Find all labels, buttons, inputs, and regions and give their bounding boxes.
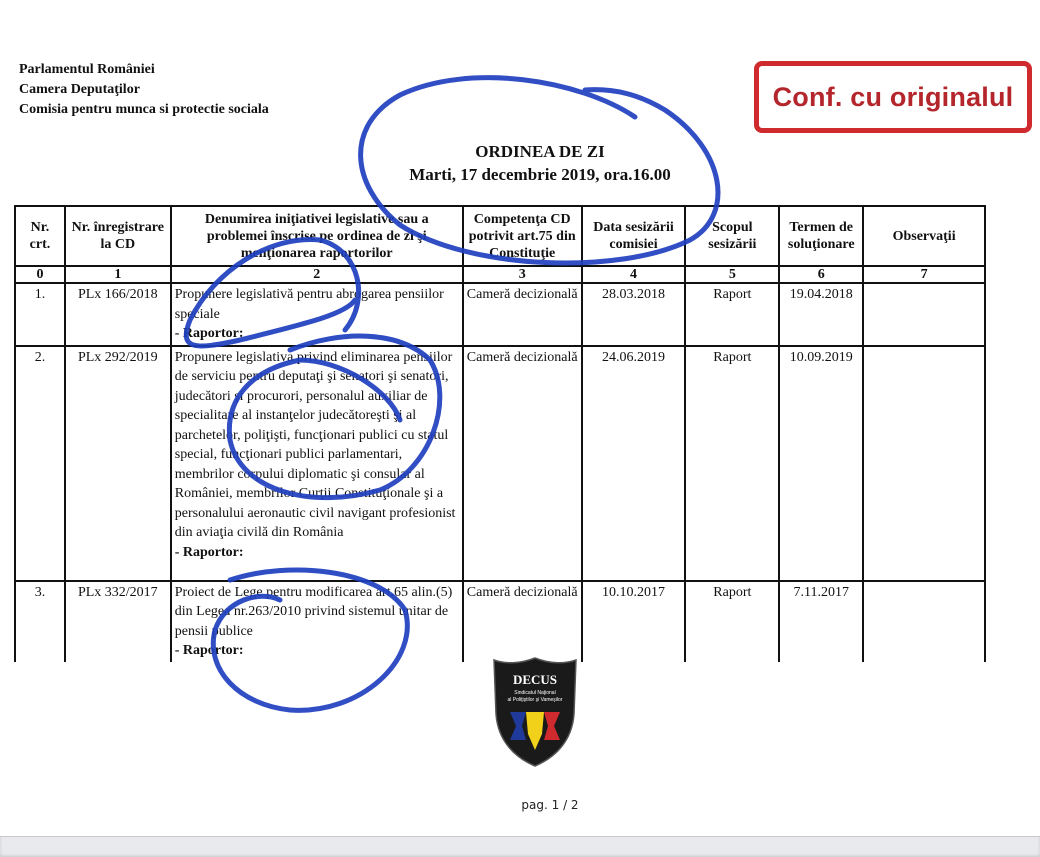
- column-index: 4: [582, 266, 686, 283]
- org-line-committee: Comisia pentru munca si protectie social…: [19, 100, 269, 120]
- header-deadline: Termen de soluţionare: [779, 206, 863, 266]
- cell-competence: Cameră decizională: [463, 581, 582, 662]
- cell-notes: [863, 346, 985, 581]
- initiative-title: Propunere legislativă pentru abrogarea p…: [175, 287, 444, 322]
- cell-registration: PLx 166/2018: [65, 283, 171, 346]
- cell-purpose: Raport: [685, 581, 779, 662]
- document-page: Parlamentul României Camera Deputaţilor …: [0, 0, 1040, 836]
- header-competence: Competenţa CD potrivit art.75 din Consti…: [463, 206, 582, 266]
- cell-title: Propunere legislativa privind eliminarea…: [171, 346, 463, 581]
- header-purpose: Scopul sesizării: [685, 206, 779, 266]
- header-referral-date: Data sesizării comisiei: [582, 206, 686, 266]
- table-row: 2. PLx 292/2019 Propunere legislativa pr…: [15, 346, 985, 581]
- column-index: 5: [685, 266, 779, 283]
- cell-nr: 2.: [15, 346, 65, 581]
- cell-referral-date: 24.06.2019: [582, 346, 686, 581]
- rapporteur-label: - Raportor:: [175, 326, 244, 341]
- rapporteur-label: - Raportor:: [175, 545, 244, 560]
- organization-header: Parlamentul României Camera Deputaţilor …: [19, 60, 269, 120]
- cell-deadline: 10.09.2019: [779, 346, 863, 581]
- cell-nr: 1.: [15, 283, 65, 346]
- cell-competence: Cameră decizională: [463, 283, 582, 346]
- cell-notes: [863, 283, 985, 346]
- table-row: 1. PLx 166/2018 Propunere legislativă pe…: [15, 283, 985, 346]
- org-line-chamber: Camera Deputaţilor: [19, 80, 269, 100]
- column-index: 7: [863, 266, 985, 283]
- header-notes: Observaţii: [863, 206, 985, 266]
- column-index-row: 0 1 2 3 4 5 6 7: [15, 266, 985, 283]
- cell-deadline: 7.11.2017: [779, 581, 863, 662]
- rapporteur-label: - Raportor:: [175, 643, 244, 658]
- document-title: ORDINEA DE ZI: [340, 142, 740, 162]
- header-registration: Nr. înregistrare la CD: [65, 206, 171, 266]
- table-row: 3. PLx 332/2017 Proiect de Lege pentru m…: [15, 581, 985, 662]
- column-index: 0: [15, 266, 65, 283]
- cell-title: Proiect de Lege pentru modificarea art.6…: [171, 581, 463, 662]
- header-nr-crt: Nr. crt.: [15, 206, 65, 266]
- logo-subtitle-line: Sindicatul Naţional: [490, 690, 580, 697]
- document-date: Marti, 17 decembrie 2019, ora.16.00: [340, 165, 740, 185]
- cell-notes: [863, 581, 985, 662]
- header-title: Denumirea iniţiativei legislative sau a …: [171, 206, 463, 266]
- logo-subtitle-line: al Poliţiştilor şi Vameşilor: [490, 697, 580, 704]
- table-header-row: Nr. crt. Nr. înregistrare la CD Denumire…: [15, 206, 985, 266]
- initiative-title: Proiect de Lege pentru modificarea art.6…: [175, 585, 453, 639]
- page-number: pag. 1 / 2: [480, 798, 620, 812]
- cell-registration: PLx 292/2019: [65, 346, 171, 581]
- initiative-title: Propunere legislativa privind eliminarea…: [175, 350, 456, 541]
- viewer-bottom-bar: [0, 836, 1040, 857]
- column-index: 6: [779, 266, 863, 283]
- column-index: 1: [65, 266, 171, 283]
- cell-referral-date: 28.03.2018: [582, 283, 686, 346]
- cell-title: Propunere legislativă pentru abrogarea p…: [171, 283, 463, 346]
- cell-purpose: Raport: [685, 283, 779, 346]
- cell-registration: PLx 332/2017: [65, 581, 171, 662]
- cell-purpose: Raport: [685, 346, 779, 581]
- agenda-table: Nr. crt. Nr. înregistrare la CD Denumire…: [14, 205, 986, 662]
- logo-name: DECUS: [490, 672, 580, 688]
- cell-referral-date: 10.10.2017: [582, 581, 686, 662]
- column-index: 3: [463, 266, 582, 283]
- decus-logo: DECUS Sindicatul Naţional al Poliţiştilo…: [490, 654, 580, 770]
- conformity-stamp: Conf. cu originalul: [754, 61, 1032, 133]
- logo-subtitle: Sindicatul Naţional al Poliţiştilor şi V…: [490, 690, 580, 704]
- column-index: 2: [171, 266, 463, 283]
- org-line-parliament: Parlamentul României: [19, 60, 269, 80]
- cell-competence: Cameră decizională: [463, 346, 582, 581]
- cell-nr: 3.: [15, 581, 65, 662]
- cell-deadline: 19.04.2018: [779, 283, 863, 346]
